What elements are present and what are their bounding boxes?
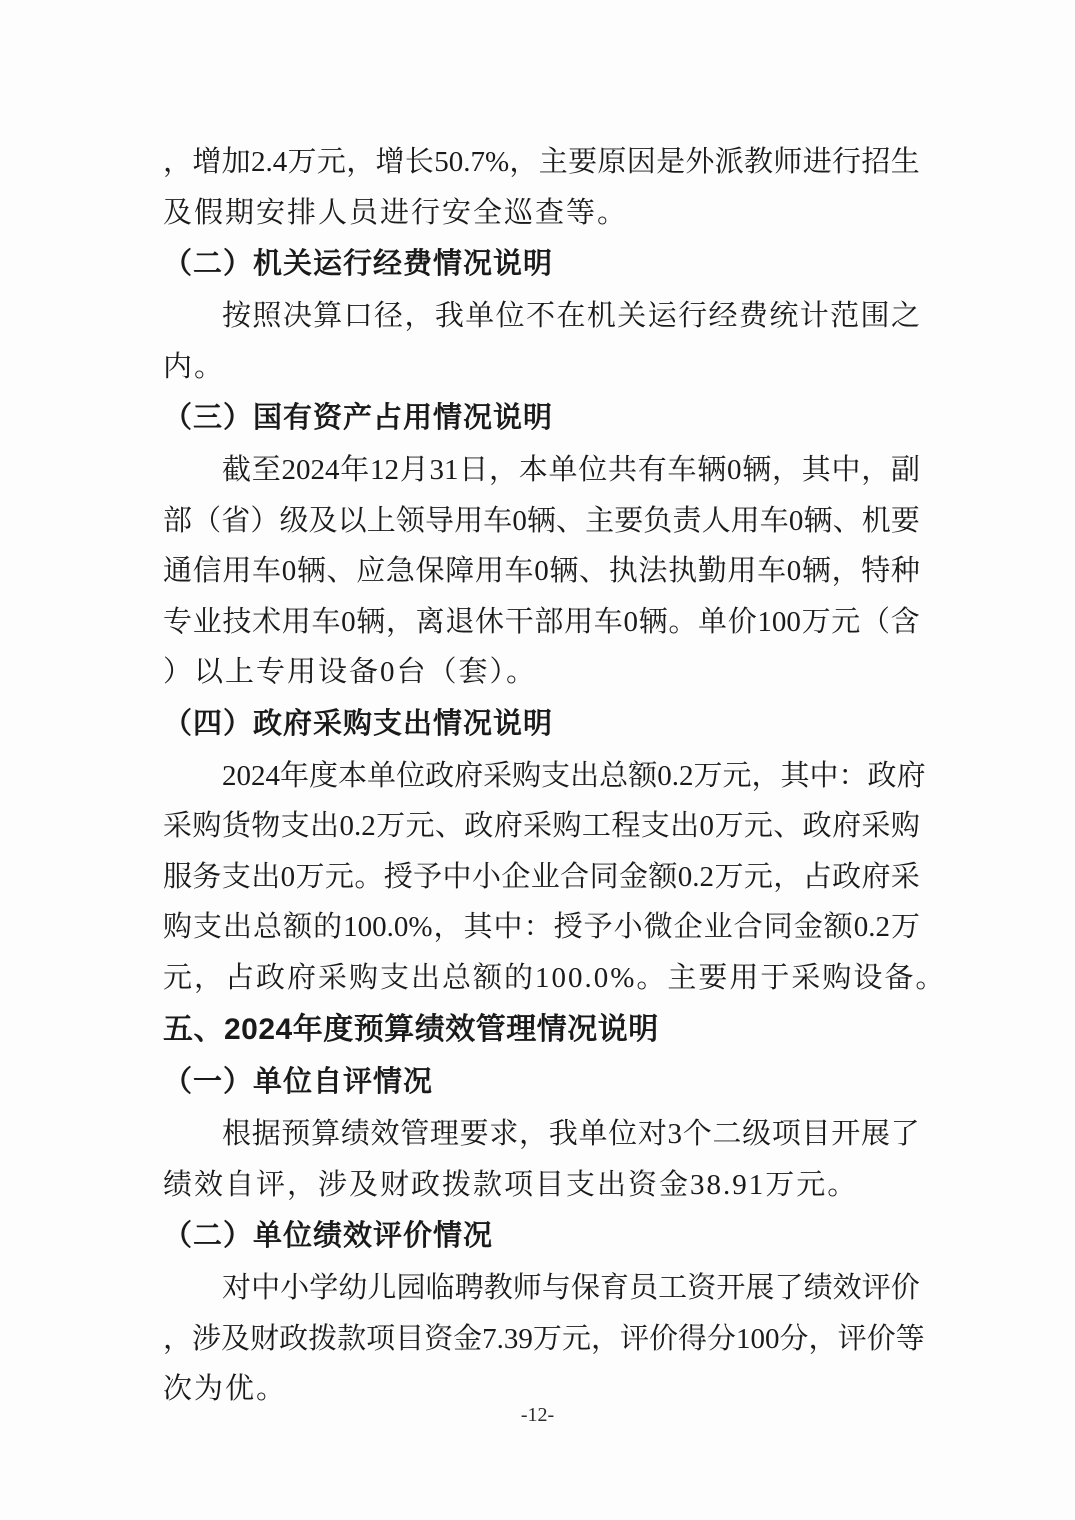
body-line: 采购货物支出0.2万元、政府采购工程支出0万元、政府采购 bbox=[163, 801, 920, 852]
body-line: 根据预算绩效管理要求，我单位对3个二级项目开展了 bbox=[163, 1109, 920, 1160]
body-line: 绩效自评，涉及财政拨款项目支出资金38.91万元。 bbox=[163, 1160, 920, 1211]
body-line: 内。 bbox=[163, 342, 920, 393]
subsection-heading: （三）国有资产占用情况说明 bbox=[163, 392, 920, 445]
body-line: 按照决算口径，我单位不在机关运行经费统计范围之 bbox=[163, 291, 920, 342]
subsection-heading: （一）单位自评情况 bbox=[163, 1056, 920, 1109]
subsection-heading: （二）单位绩效评价情况 bbox=[163, 1210, 920, 1263]
page-number: -12- bbox=[0, 1402, 1075, 1428]
body-line: 对中小学幼儿园临聘教师与保育员工资开展了绩效评价 bbox=[163, 1263, 920, 1314]
body-line: 专业技术用车0辆，离退休干部用车0辆。单价100万元（含 bbox=[163, 597, 920, 648]
body-line: 部（省）级及以上领导用车0辆、主要负责人用车0辆、机要 bbox=[163, 496, 920, 547]
subsection-heading: （四）政府采购支出情况说明 bbox=[163, 698, 920, 751]
body-line: 服务支出0万元。授予中小企业合同金额0.2万元，占政府采 bbox=[163, 852, 920, 903]
document-body: ，增加2.4万元，增长50.7%，主要原因是外派教师进行招生及假期安排人员进行安… bbox=[163, 137, 920, 1415]
section-heading: 五、2024年度预算绩效管理情况说明 bbox=[163, 1003, 920, 1056]
body-line: 通信用车0辆、应急保障用车0辆、执法执勤用车0辆，特种 bbox=[163, 546, 920, 597]
document-page: ，增加2.4万元，增长50.7%，主要原因是外派教师进行招生及假期安排人员进行安… bbox=[0, 0, 1075, 1520]
body-line: 及假期安排人员进行安全巡查等。 bbox=[163, 188, 920, 239]
body-line: 购支出总额的100.0%，其中：授予小微企业合同金额0.2万 bbox=[163, 902, 920, 953]
body-line: ）以上专用设备0台（套）。 bbox=[163, 647, 920, 698]
subsection-heading: （二）机关运行经费情况说明 bbox=[163, 238, 920, 291]
body-line: ，涉及财政拨款项目资金7.39万元，评价得分100分，评价等 bbox=[163, 1314, 920, 1365]
body-line: 2024年度本单位政府采购支出总额0.2万元，其中：政府 bbox=[163, 751, 920, 802]
body-line: ，增加2.4万元，增长50.7%，主要原因是外派教师进行招生 bbox=[163, 137, 920, 188]
body-line: 元，占政府采购支出总额的100.0%。主要用于采购设备。 bbox=[163, 953, 920, 1004]
body-line: 截至2024年12月31日，本单位共有车辆0辆，其中，副 bbox=[163, 445, 920, 496]
